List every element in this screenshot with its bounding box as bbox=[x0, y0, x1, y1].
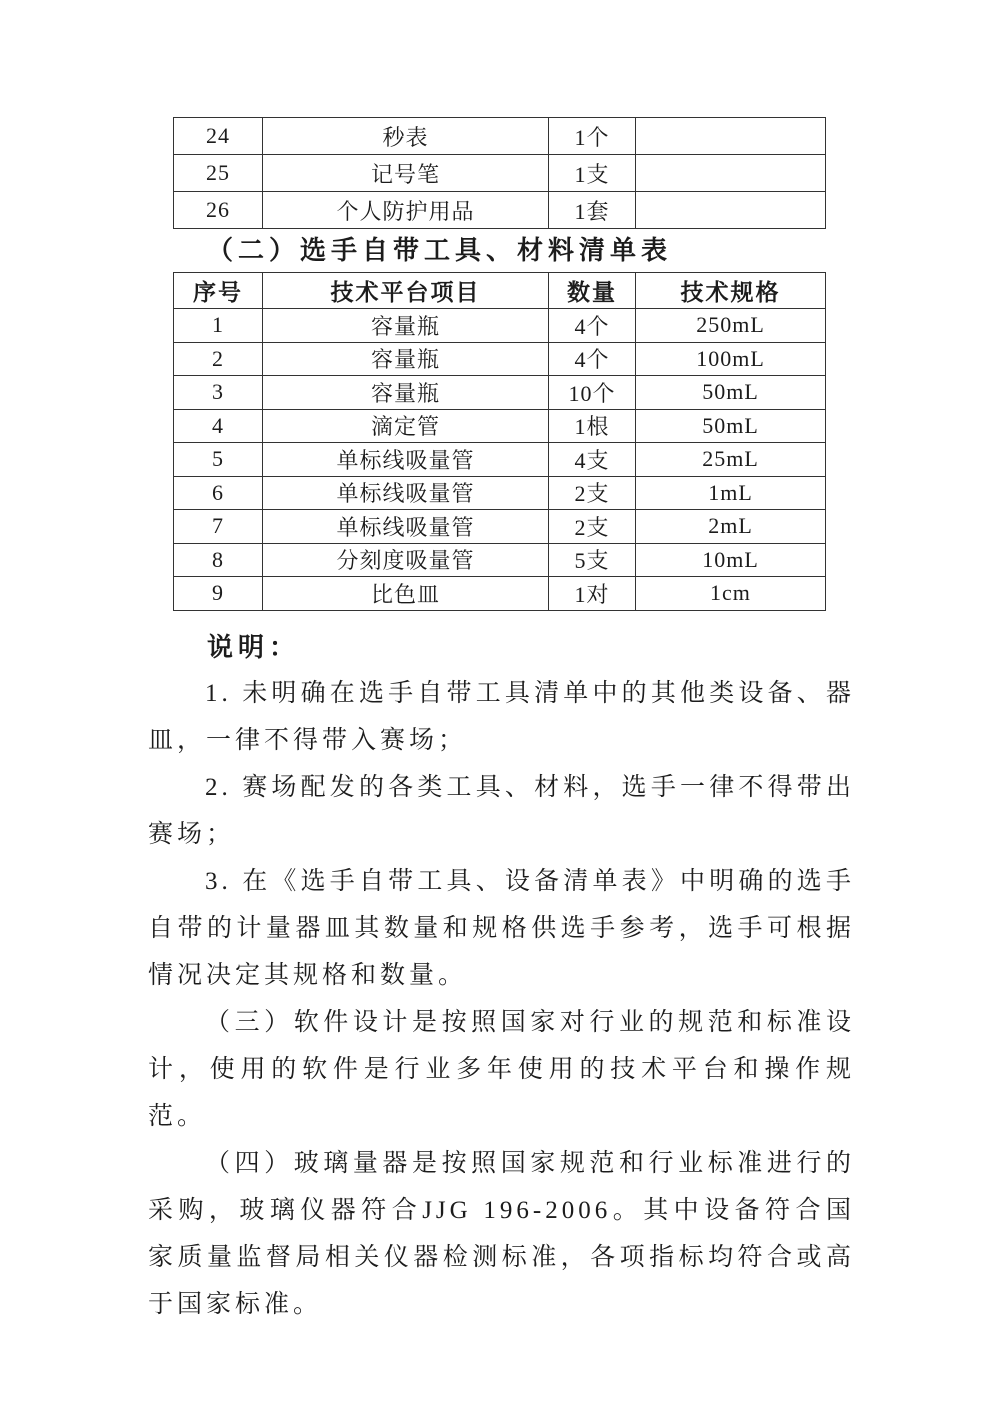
cell-spec: 25mL bbox=[636, 443, 826, 477]
cell-qty: 5支 bbox=[549, 543, 636, 577]
cell-item: 单标线吸量管 bbox=[263, 443, 549, 477]
cell-item: 记号笔 bbox=[263, 155, 549, 192]
cell-item: 容量瓶 bbox=[263, 342, 549, 376]
notes-label: 说明： bbox=[207, 632, 1000, 664]
cell-spec: 50mL bbox=[636, 409, 826, 443]
cell-no: 5 bbox=[174, 443, 263, 477]
cell-no: 6 bbox=[174, 476, 263, 510]
cell-qty: 2支 bbox=[549, 476, 636, 510]
table-header-row: 序号 技术平台项目 数量 技术规格 bbox=[174, 273, 826, 309]
body-text: 1. 未明确在选手自带工具清单中的其他类设备、器皿，一律不得带入赛场； 2. 赛… bbox=[148, 670, 855, 1328]
cell-item: 秒表 bbox=[263, 118, 549, 155]
cell-no: 9 bbox=[174, 577, 263, 611]
note-item-2: 2. 赛场配发的各类工具、材料，选手一律不得带出赛场； bbox=[148, 764, 855, 858]
table-row: 3 容量瓶 10个 50mL bbox=[174, 376, 826, 410]
cell-spec: 50mL bbox=[636, 376, 826, 410]
cell-item: 容量瓶 bbox=[263, 309, 549, 343]
cell-item: 单标线吸量管 bbox=[263, 476, 549, 510]
cell-item: 滴定管 bbox=[263, 409, 549, 443]
cell-qty: 1个 bbox=[549, 118, 636, 155]
table-row: 4 滴定管 1根 50mL bbox=[174, 409, 826, 443]
cell-no: 26 bbox=[174, 192, 263, 229]
table-row: 26 个人防护用品 1套 bbox=[174, 192, 826, 229]
table-header: 序号 技术平台项目 数量 技术规格 bbox=[174, 273, 826, 309]
cell-spec bbox=[636, 118, 826, 155]
cell-item: 容量瓶 bbox=[263, 376, 549, 410]
note-item-1: 1. 未明确在选手自带工具清单中的其他类设备、器皿，一律不得带入赛场； bbox=[148, 670, 855, 764]
self-brought-tools-table-body: 1 容量瓶 4个 250mL 2 容量瓶 4个 100mL 3 容量瓶 10个 … bbox=[174, 309, 826, 611]
cell-item: 个人防护用品 bbox=[263, 192, 549, 229]
cell-qty: 2支 bbox=[549, 510, 636, 544]
table-row: 9 比色皿 1对 1cm bbox=[174, 577, 826, 611]
cell-spec bbox=[636, 192, 826, 229]
cell-spec: 1cm bbox=[636, 577, 826, 611]
cell-qty: 10个 bbox=[549, 376, 636, 410]
cell-qty: 1支 bbox=[549, 155, 636, 192]
cell-no: 8 bbox=[174, 543, 263, 577]
cell-qty: 1套 bbox=[549, 192, 636, 229]
cell-no: 24 bbox=[174, 118, 263, 155]
note-item-3: 3. 在《选手自带工具、设备清单表》中明确的选手自带的计量器皿其数量和规格供选手… bbox=[148, 858, 855, 999]
cell-no: 25 bbox=[174, 155, 263, 192]
table-row: 2 容量瓶 4个 100mL bbox=[174, 342, 826, 376]
header-qty: 数量 bbox=[549, 273, 636, 309]
cell-item: 分刻度吸量管 bbox=[263, 543, 549, 577]
self-brought-tools-table: 序号 技术平台项目 数量 技术规格 1 容量瓶 4个 250mL 2 容量瓶 4… bbox=[173, 272, 826, 611]
header-item: 技术平台项目 bbox=[263, 273, 549, 309]
paragraph-section-3: （三）软件设计是按照国家对行业的规范和标准设计，使用的软件是行业多年使用的技术平… bbox=[148, 999, 855, 1140]
cell-spec: 250mL bbox=[636, 309, 826, 343]
table-row: 8 分刻度吸量管 5支 10mL bbox=[174, 543, 826, 577]
section-heading: （二）选手自带工具、材料清单表 bbox=[207, 236, 1000, 266]
cell-qty: 1根 bbox=[549, 409, 636, 443]
header-no: 序号 bbox=[174, 273, 263, 309]
table-row: 25 记号笔 1支 bbox=[174, 155, 826, 192]
table-row: 7 单标线吸量管 2支 2mL bbox=[174, 510, 826, 544]
cell-qty: 4个 bbox=[549, 342, 636, 376]
cell-item: 比色皿 bbox=[263, 577, 549, 611]
cell-no: 4 bbox=[174, 409, 263, 443]
cell-no: 7 bbox=[174, 510, 263, 544]
cell-qty: 4支 bbox=[549, 443, 636, 477]
paragraph-section-4: （四）玻璃量器是按照国家规范和行业标准进行的采购，玻璃仪器符合JJG 196-2… bbox=[148, 1140, 855, 1328]
cell-spec: 10mL bbox=[636, 543, 826, 577]
cell-qty: 4个 bbox=[549, 309, 636, 343]
table-row: 24 秒表 1个 bbox=[174, 118, 826, 155]
cell-no: 2 bbox=[174, 342, 263, 376]
cell-qty: 1对 bbox=[549, 577, 636, 611]
equipment-table-continued: 24 秒表 1个 25 记号笔 1支 26 个人防护用品 1套 bbox=[173, 117, 826, 229]
cell-no: 1 bbox=[174, 309, 263, 343]
cell-spec: 100mL bbox=[636, 342, 826, 376]
cell-spec: 1mL bbox=[636, 476, 826, 510]
cell-item: 单标线吸量管 bbox=[263, 510, 549, 544]
equipment-table-continued-body: 24 秒表 1个 25 记号笔 1支 26 个人防护用品 1套 bbox=[174, 118, 826, 229]
header-spec: 技术规格 bbox=[636, 273, 826, 309]
cell-no: 3 bbox=[174, 376, 263, 410]
cell-spec bbox=[636, 155, 826, 192]
table-row: 5 单标线吸量管 4支 25mL bbox=[174, 443, 826, 477]
table-row: 1 容量瓶 4个 250mL bbox=[174, 309, 826, 343]
document-page: 24 秒表 1个 25 记号笔 1支 26 个人防护用品 1套 （二）选手自带工… bbox=[0, 0, 1000, 1414]
table-row: 6 单标线吸量管 2支 1mL bbox=[174, 476, 826, 510]
cell-spec: 2mL bbox=[636, 510, 826, 544]
